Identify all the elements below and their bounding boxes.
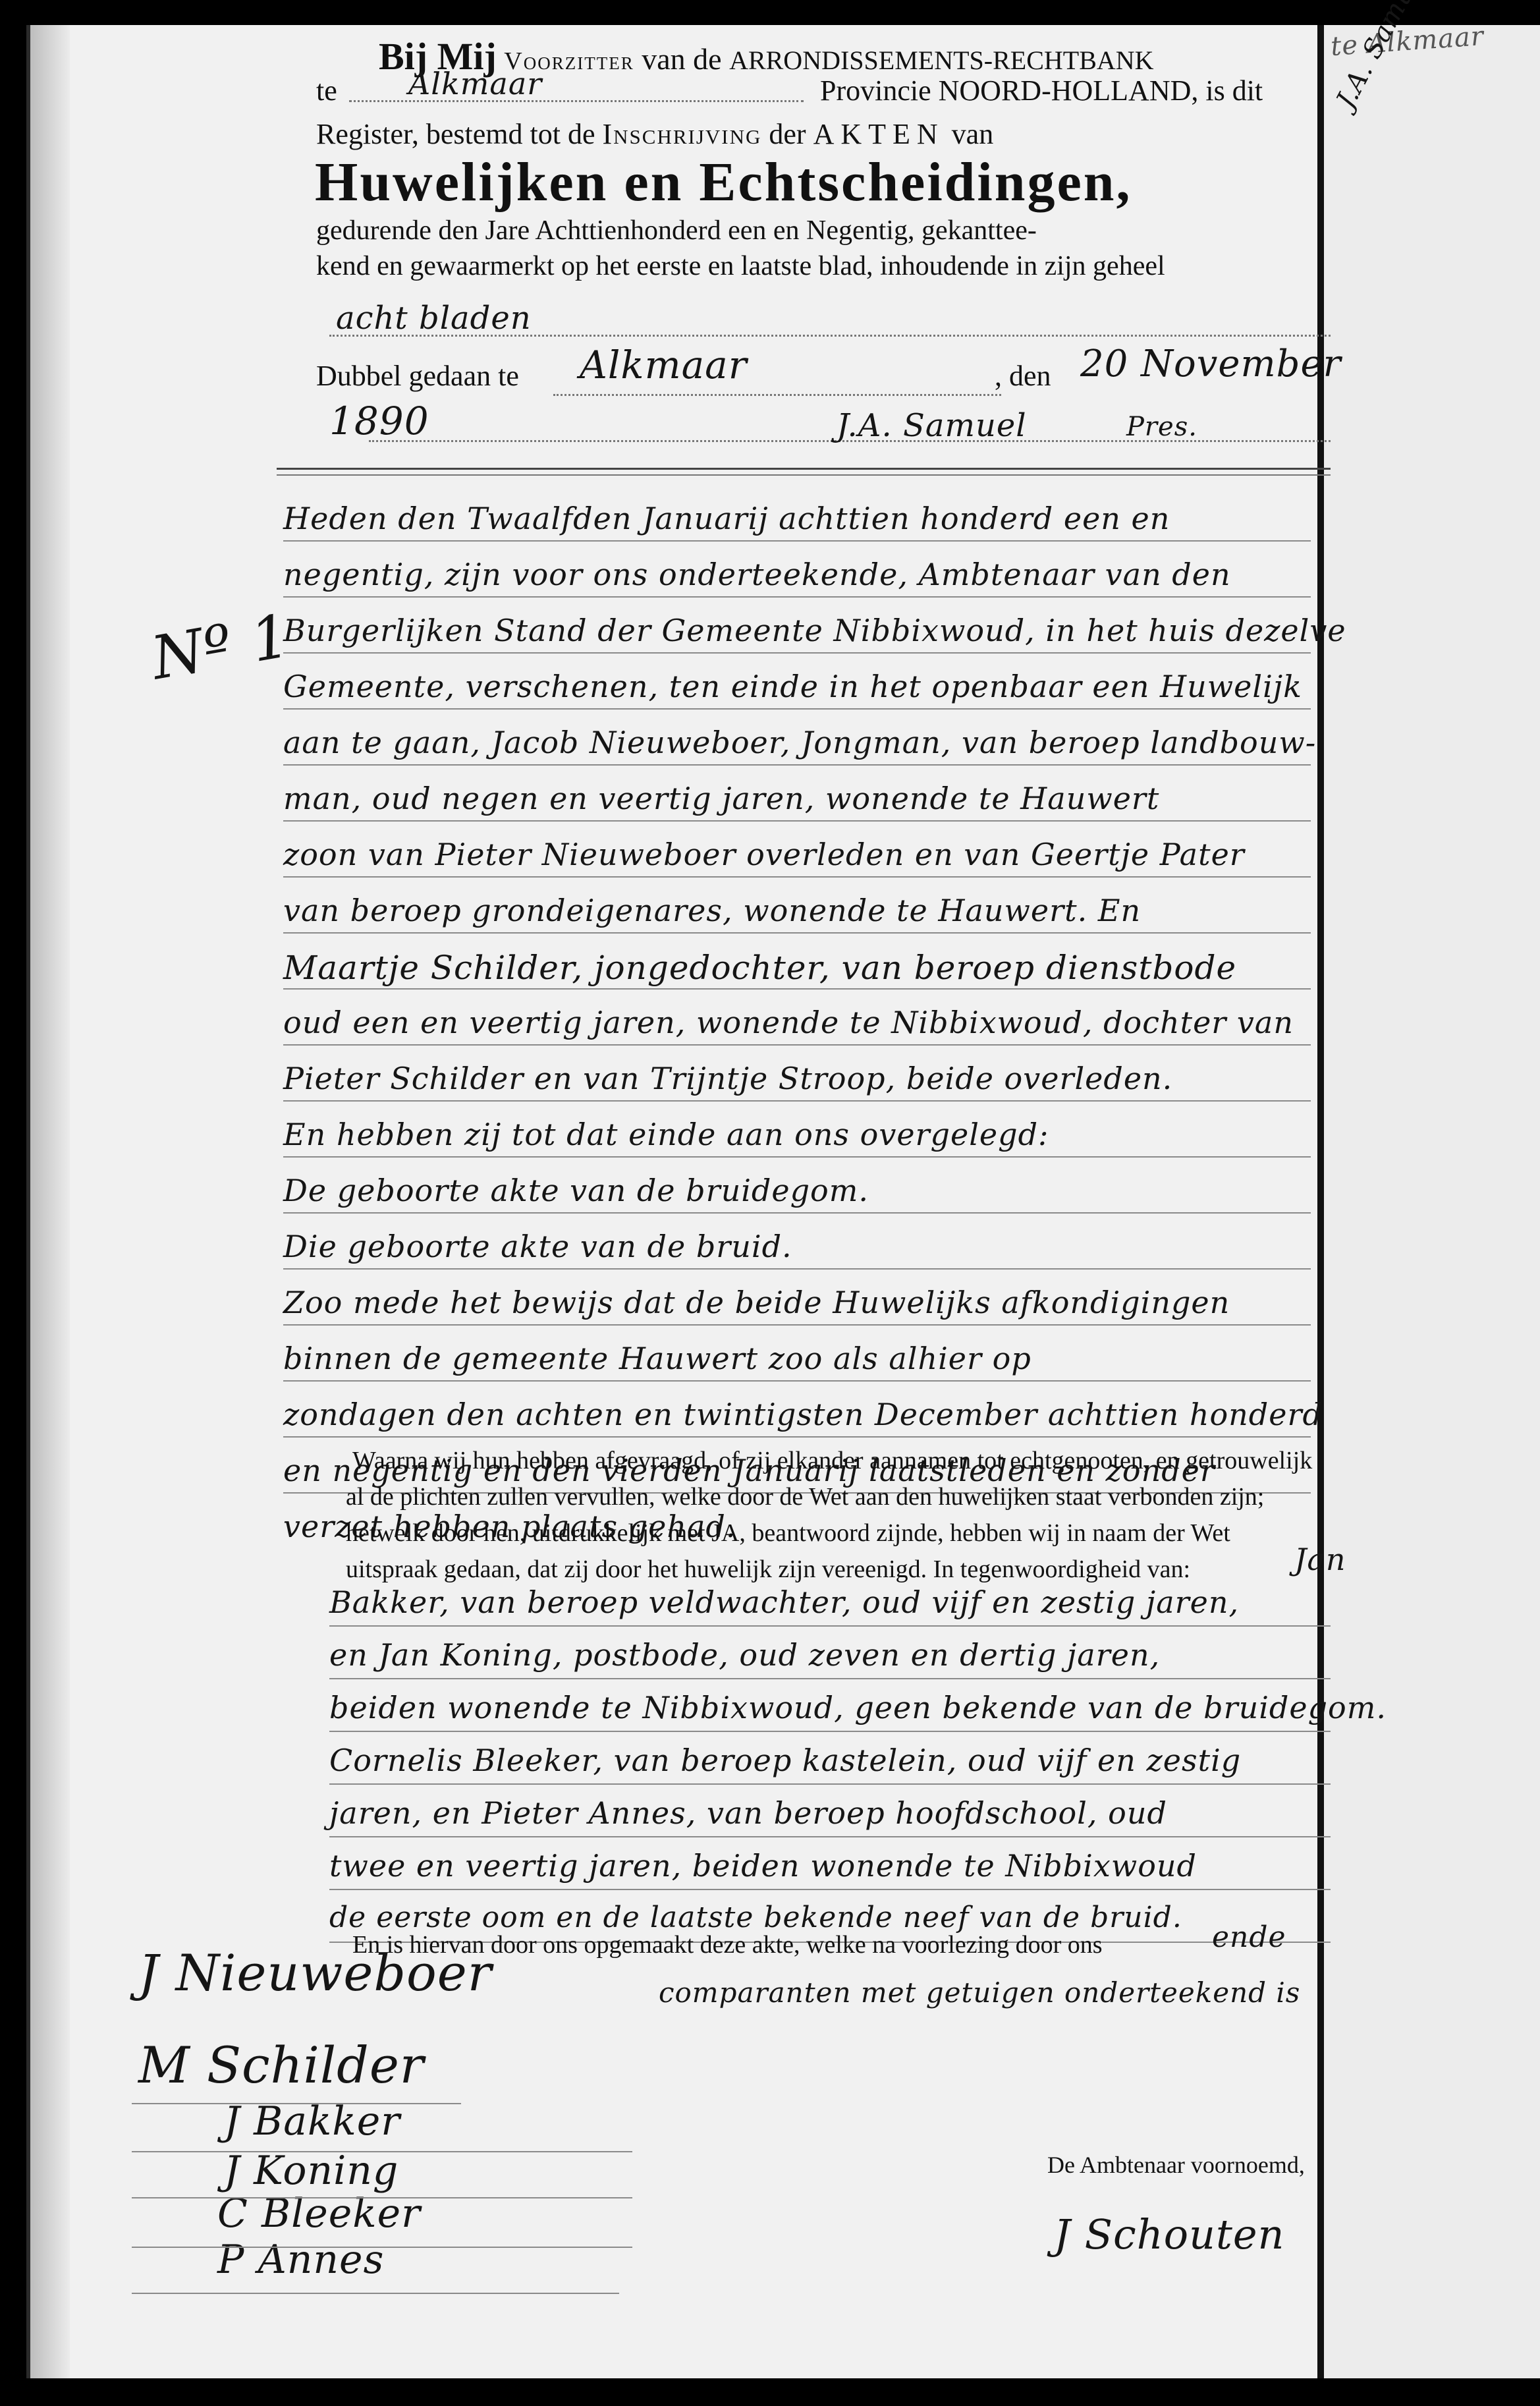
act-line: binnen de gemeente Hauwert zoo als alhie… <box>283 1341 1031 1376</box>
ruled-line <box>329 1625 1331 1627</box>
provincie-label: Provincie NOORD-HOLLAND, is dit <box>820 74 1263 107</box>
act-line: Burgerlijken Stand der Gemeente Nibbixwo… <box>283 613 1346 648</box>
ruled-line <box>329 1678 1331 1679</box>
place-handwritten: Alkmaar <box>408 66 542 101</box>
ruled-line <box>283 1324 1311 1326</box>
register-label: Register, bestemd tot de <box>316 118 595 150</box>
witness-line: jaren, en Pieter Annes, van beroep hoofd… <box>329 1795 1167 1831</box>
official-signature: J Schouten <box>1054 2210 1285 2258</box>
closing-end: ende <box>1212 1920 1286 1954</box>
dubbel-place-dotted-line <box>553 394 1001 396</box>
signature-witness-4: P Annes <box>217 2237 384 2283</box>
dubbel-label: Dubbel gedaan te <box>316 359 519 393</box>
act-line: aan te gaan, Jacob Nieuweboer, Jongman, … <box>283 725 1316 760</box>
ruled-line <box>283 1380 1311 1382</box>
witness-line: de eerste oom en de laatste bekende neef… <box>329 1901 1182 1934</box>
witness-line: twee en veertig jaren, beiden wonende te… <box>329 1848 1197 1884</box>
signature-ruled-line <box>132 2103 461 2104</box>
van-label: van <box>952 118 994 150</box>
declaration-line: Waarna wij hun hebben afgevraagd, of zij… <box>352 1446 1312 1475</box>
signature-ruled-line <box>132 2197 632 2198</box>
declaration-line: al de plichten zullen vervullen, welke d… <box>346 1482 1264 1511</box>
akten-label: AKTEN <box>813 118 945 150</box>
ruled-line <box>283 708 1311 710</box>
den-label: , den <box>995 359 1051 393</box>
page-count-dotted-line <box>329 335 1331 337</box>
act-line: Maartje Schilder, jongedochter, van bero… <box>283 949 1236 987</box>
van-de-label: van de <box>642 42 721 76</box>
ruled-line <box>283 988 1311 990</box>
dubbel-date-handwritten: 20 November <box>1080 343 1341 385</box>
ruled-line <box>329 1731 1331 1732</box>
act-line: negentig, zijn voor ons onderteekende, A… <box>283 557 1231 592</box>
official-label: De Ambtenaar voornoemd, <box>1047 2151 1305 2179</box>
act-line: Gemeente, verschenen, ten einde in het o… <box>283 669 1302 704</box>
signature-ruled-line <box>132 2151 632 2152</box>
scan-border-bottom <box>0 2385 1540 2406</box>
president-signature-suffix: Pres. <box>1126 412 1197 442</box>
header-line-3: Register, bestemd tot de Inschrijving de… <box>316 117 993 151</box>
dubbel-year-handwritten: 1890 <box>329 399 429 443</box>
ruled-line <box>283 1212 1311 1214</box>
act-line: Die geboorte akte van de bruid. <box>283 1229 792 1264</box>
register-title: Huwelijken en Echtscheidingen, <box>315 150 1132 214</box>
act-line: De geboorte akte van de bruidegom. <box>283 1173 869 1208</box>
ruled-line <box>283 1156 1311 1158</box>
ruled-line <box>283 596 1311 598</box>
ruled-line <box>283 1100 1311 1102</box>
declaration-line: hetwelk door hen, uitdrukkelijk met JA, … <box>346 1519 1230 1548</box>
act-line: zondagen den achten en twintigsten Decem… <box>283 1397 1323 1432</box>
ruled-line <box>329 1783 1331 1785</box>
te-label: te <box>316 74 337 107</box>
ruled-line <box>329 1889 1331 1890</box>
witness-line: Cornelis Bleeker, van beroep kastelein, … <box>329 1743 1241 1778</box>
ruled-line <box>329 1836 1331 1837</box>
ruled-line <box>283 764 1311 766</box>
ruled-line <box>283 540 1311 542</box>
act-line: oud een en veertig jaren, wonende te Nib… <box>283 1005 1294 1040</box>
signature-bride: M Schilder <box>138 2036 424 2094</box>
dubbel-place-handwritten: Alkmaar <box>580 343 747 387</box>
ruled-line <box>283 876 1311 878</box>
signature-groom: J Nieuweboer <box>138 1944 492 2002</box>
ruled-line <box>283 652 1311 654</box>
president-signature: J.A. Samuel <box>837 407 1027 444</box>
ruled-line <box>283 1044 1311 1046</box>
act-line: Heden den Twaalfden Januarij achttien ho… <box>283 501 1170 536</box>
page-count-handwritten: acht bladen <box>336 300 532 337</box>
court-name: ARRONDISSEMENTS-RECHTBANK <box>729 45 1154 75</box>
signature-witness-2: J Koning <box>224 2148 399 2194</box>
witness-start: Jan <box>1294 1542 1346 1577</box>
header-line-6: kend en gewaarmerkt op het eerste en laa… <box>316 250 1165 282</box>
adjacent-page-strip <box>1321 25 1540 2378</box>
act-line: man, oud negen en veertig jaren, wonende… <box>283 781 1159 816</box>
signature-ruled-line <box>132 2247 632 2248</box>
header-line-5: gedurende den Jare Achttienhonderd een e… <box>316 215 1037 246</box>
act-line: Pieter Schilder en van Trijntje Stroop, … <box>283 1061 1172 1096</box>
der-label: der <box>769 118 806 150</box>
act-line: En hebben zij tot dat einde aan ons over… <box>283 1117 1049 1152</box>
signature-ruled-line <box>132 2293 619 2294</box>
witness-line: en Jan Koning, postbode, oud zeven en de… <box>329 1637 1160 1673</box>
ruled-line <box>283 1436 1311 1438</box>
header-separator-2 <box>277 474 1331 476</box>
ruled-line <box>283 820 1311 822</box>
header-separator <box>277 468 1331 470</box>
act-line: van beroep grondeigenares, wonende te Ha… <box>283 893 1141 928</box>
signature-witness-1: J Bakker <box>224 2098 400 2144</box>
closing-second-line: comparanten met getuigen onderteekend is <box>659 1976 1300 2009</box>
ruled-line <box>283 932 1311 934</box>
witness-line: Bakker, van beroep veldwachter, oud vijf… <box>329 1584 1239 1620</box>
witness-line: beiden wonende te Nibbixwoud, geen beken… <box>329 1690 1387 1725</box>
act-line: Zoo mede het bewijs dat de beide Huwelij… <box>283 1285 1230 1320</box>
inschrijving-label: Inschrijving <box>602 118 761 150</box>
declaration-line: uitspraak gedaan, dat zij door het huwel… <box>346 1555 1190 1584</box>
ruled-line <box>283 1268 1311 1270</box>
act-line: zoon van Pieter Nieuweboer overleden en … <box>283 837 1245 872</box>
